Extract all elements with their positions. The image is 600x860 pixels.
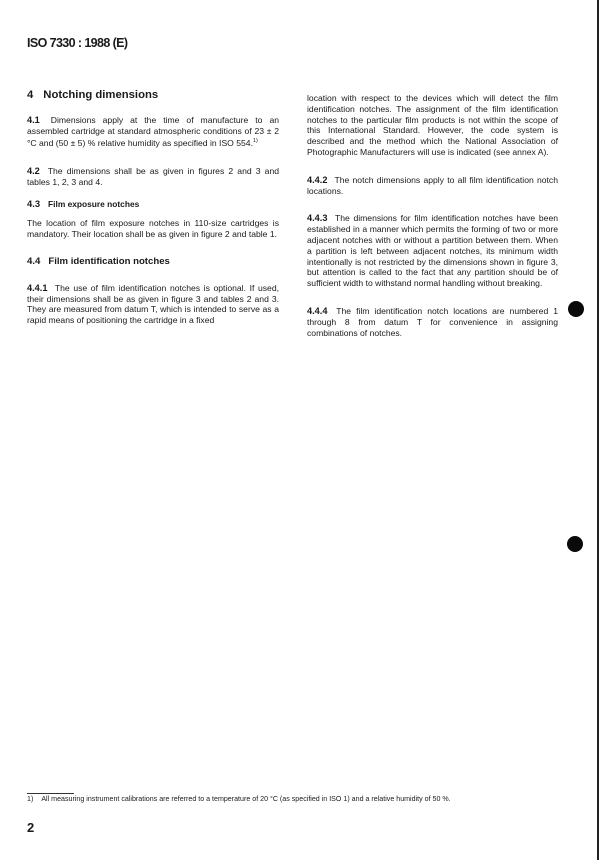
subsection-heading-4-3: 4.3Film exposure notches	[27, 199, 279, 210]
paragraph-text: The dimensions shall be as given in figu…	[27, 166, 279, 187]
footnote: 1)All measuring instrument calibrations …	[27, 795, 451, 803]
subsection-number: 4.3	[27, 198, 40, 209]
paragraph-4-2: 4.2 The dimensions shall be as given in …	[27, 166, 279, 188]
section-heading: 4Notching dimensions	[27, 90, 279, 101]
paragraph-4-3: The location of film exposure notches in…	[27, 218, 279, 240]
punch-hole-icon	[567, 536, 583, 552]
paragraph-number: 4.2	[27, 166, 40, 176]
paragraph-4-4-2: 4.4.2 The notch dimensions apply to all …	[307, 175, 558, 197]
paragraph-number: 4.4.1	[27, 283, 47, 293]
paragraph-text: The use of film identification notches i…	[27, 283, 279, 325]
subsection-number: 4.4	[27, 256, 40, 267]
paragraph-text: The notch dimensions apply to all film i…	[307, 175, 558, 196]
footnote-reference: 1)	[253, 138, 258, 144]
footnote-text: All measuring instrument calibrations ar…	[41, 795, 450, 803]
paragraph-number: 4.4.3	[307, 213, 327, 223]
paragraph-4-4-1: 4.4.1 The use of film identification not…	[27, 283, 279, 326]
paragraph-text: The dimensions for film identification n…	[307, 213, 558, 288]
subsection-title: Film identification notches	[48, 256, 170, 267]
paragraph-number: 4.4.4	[307, 306, 327, 316]
subsection-title: Film exposure notches	[48, 199, 139, 209]
paragraph-number: 4.4.2	[307, 175, 327, 185]
footnote-divider	[27, 793, 74, 794]
subsection-heading-4-4: 4.4Film identification notches	[27, 257, 279, 268]
footnote-mark: 1)	[27, 795, 33, 803]
scan-edge-line	[597, 0, 599, 860]
right-column: location with respect to the devices whi…	[307, 93, 558, 349]
paragraph-text: The film identification notch locations …	[307, 306, 558, 338]
page-number: 2	[27, 820, 34, 835]
paragraph-4-1: 4.1 Dimensions apply at the time of manu…	[27, 115, 279, 149]
section-title: Notching dimensions	[43, 89, 158, 101]
left-column: 4Notching dimensions 4.1 Dimensions appl…	[27, 90, 279, 337]
document-page: ISO 7330 : 1988 (E) 4Notching dimensions…	[0, 0, 600, 860]
paragraph-4-4-4: 4.4.4 The film identification notch loca…	[307, 306, 558, 338]
document-header: ISO 7330 : 1988 (E)	[27, 36, 127, 50]
section-number: 4	[27, 89, 33, 101]
paragraph-4-4-3: 4.4.3 The dimensions for film identifica…	[307, 213, 558, 289]
paragraph-number: 4.1	[27, 115, 40, 125]
paragraph-text: location with respect to the devices whi…	[307, 93, 558, 157]
paragraph-text: Dimensions apply at the time of manufact…	[27, 115, 279, 148]
paragraph-4-4-1-continued: location with respect to the devices whi…	[307, 93, 558, 158]
paragraph-text: The location of film exposure notches in…	[27, 218, 279, 239]
punch-hole-icon	[568, 301, 584, 317]
